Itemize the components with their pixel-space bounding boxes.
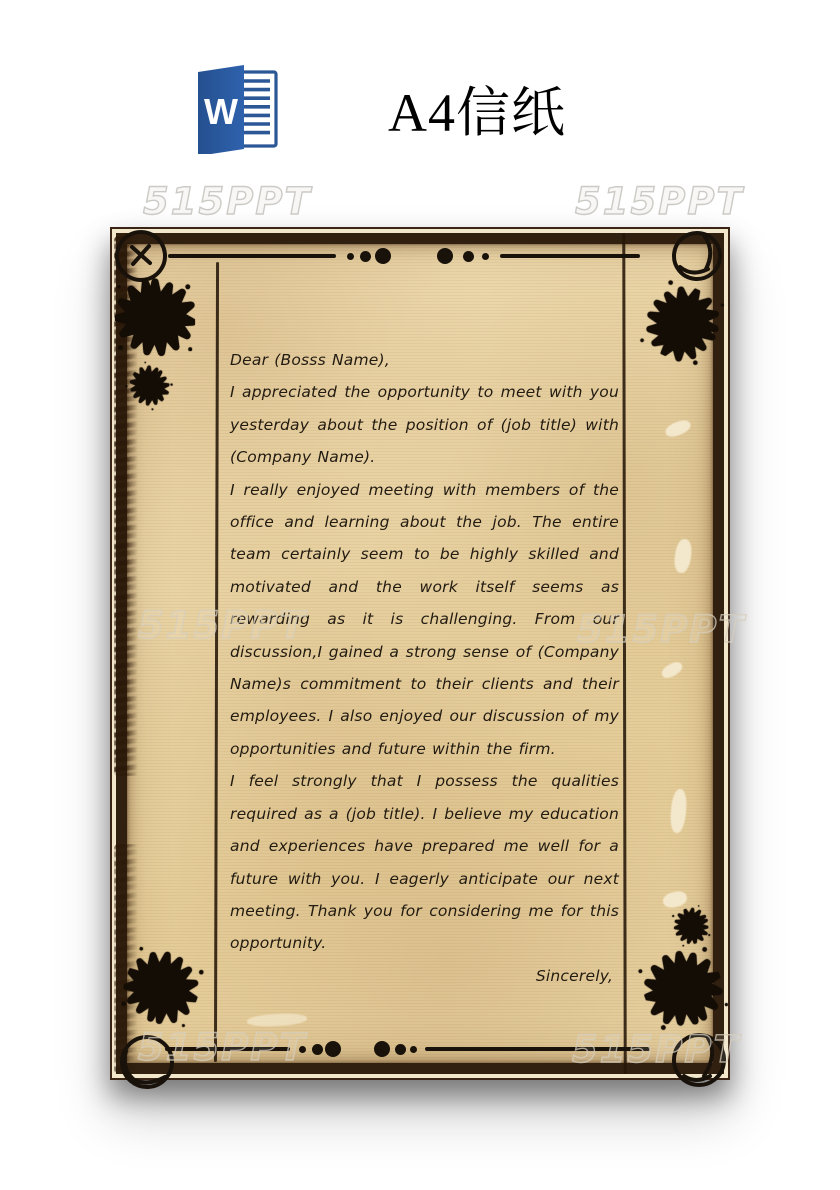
ink-blot [633,938,733,1038]
word-w-letter: W [204,91,238,132]
corner-circle-loop-icon [664,1026,734,1096]
ornament-row-bottom [165,1041,652,1057]
watermark: 515PPT [575,180,744,223]
paper-scratch [664,418,693,440]
template-preview-page: W A4信纸 [0,0,840,1190]
corner-circle-loop-icon [113,1027,183,1097]
ink-splat-shape [117,282,192,352]
word-logo-graphic: W [186,62,282,154]
watermark: 515PPT [143,180,312,223]
letter-paragraph: I really enjoyed meeting with members of… [230,474,619,766]
page-title: A4信纸 [388,70,566,147]
paper-scratch [659,659,684,680]
paper-scratch [673,538,694,574]
letter-salutation: Dear (Bosss Name), [230,344,619,376]
letter-paper: Dear (Bosss Name), I appreciated the opp… [110,227,730,1080]
margin-rule-left [214,262,219,1062]
word-icon: W [186,62,282,154]
margin-rule-right [622,233,626,1074]
letter-closing: Sincerely, [230,960,619,992]
ink-blot [115,274,195,362]
ornament-row-top [168,248,640,264]
letter-paragraph: I appreciated the opportunity to meet wi… [230,376,619,473]
paper-frame: Dear (Bosss Name), I appreciated the opp… [116,233,724,1074]
letter-body: Dear (Bosss Name), I appreciated the opp… [230,344,619,992]
paper-scratch [247,1012,308,1027]
paper-scratch [669,788,688,833]
paper-scratch [662,889,689,909]
letter-paragraph: I feel strongly that I possess the quali… [230,765,619,959]
